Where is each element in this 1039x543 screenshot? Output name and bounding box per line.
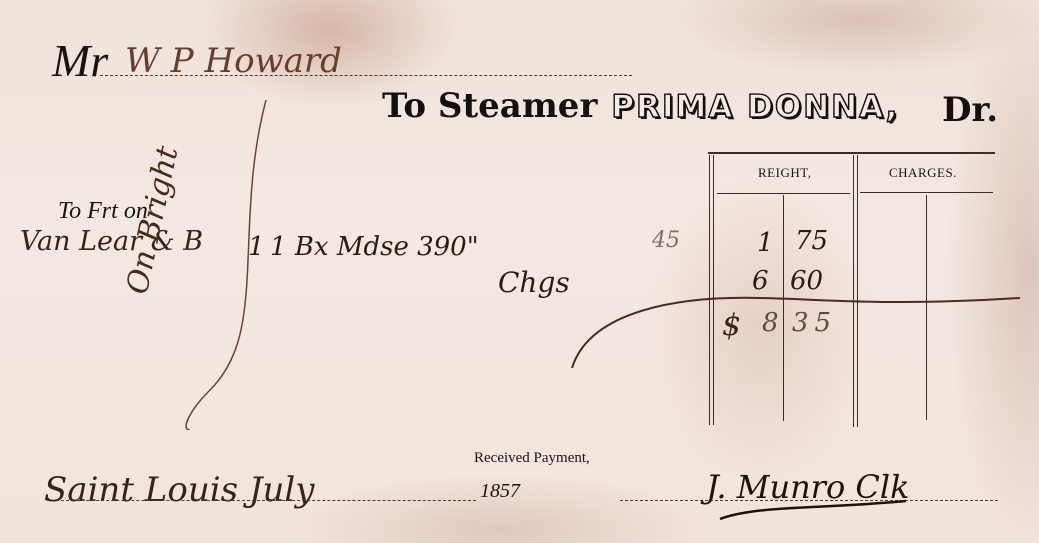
year-printed: 1857 [480, 480, 520, 503]
line-item-freight-cents: 75 [795, 226, 828, 256]
line-item-freight-dollars: 1 [757, 228, 774, 258]
received-payment-label: Received Payment, [474, 450, 590, 467]
line-item-description: Chgs [498, 266, 570, 299]
place-and-date: Saint Louis July [44, 470, 315, 510]
debit-label: Dr. [942, 90, 998, 130]
date-dotted-line [56, 500, 476, 501]
total-currency-symbol: $ [722, 308, 741, 343]
vessel-heading: To Steamer PRIMA DONNA, [382, 86, 899, 132]
freight-header-rule [717, 193, 850, 194]
signature-flourish [716, 495, 916, 525]
total-freight-dollars: 8 [762, 308, 779, 338]
total-freight-cents: 35 [792, 308, 837, 338]
table-top-rule [708, 152, 995, 154]
charges-column-header: CHARGES. [889, 165, 957, 181]
addressee-dotted-line [100, 75, 632, 76]
addressee-prefix: Mr [52, 38, 108, 84]
line-item-rate: 45 [652, 228, 680, 253]
to-steamer-label: To Steamer [382, 86, 597, 126]
margin-bracket-stroke [170, 100, 280, 430]
vessel-name: PRIMA DONNA, [611, 89, 899, 125]
charges-header-rule [860, 192, 993, 193]
total-flourish-stroke [560, 290, 1020, 370]
line-item-description: 1 Bx Mdse 390" [270, 232, 479, 262]
line-item-qty: 1 [248, 232, 265, 262]
freight-column-header: REIGHT, [758, 165, 811, 181]
addressee-name: W P Howard [125, 44, 342, 78]
